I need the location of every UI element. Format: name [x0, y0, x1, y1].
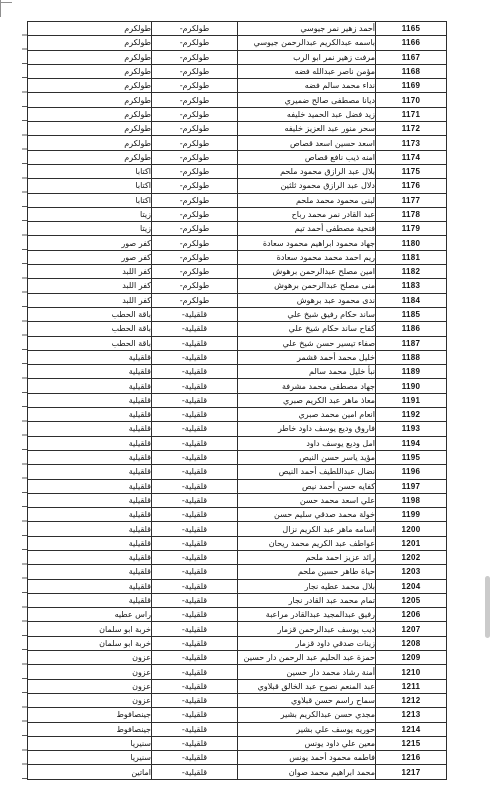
row-number-cell: 1193 — [376, 422, 447, 436]
row-number-cell: 1207 — [376, 622, 447, 636]
person-name-cell: ريم احمد محمد محمود سعادة — [238, 250, 376, 264]
person-name-cell: علي اسعد محمد حسن — [238, 493, 376, 507]
person-name-cell: صفاء تيسير حسن شيخ علي — [238, 336, 376, 350]
row-number-cell: 1169 — [376, 79, 447, 93]
district-cell: قلقيلية- — [152, 307, 238, 321]
table-row: 1169نداء محمد سالم فضهطولكرم-طولكرم — [28, 79, 447, 93]
person-name-cell: زينات صدقي داود قزمار — [238, 636, 376, 650]
district-cell: قلقيلية- — [152, 536, 238, 550]
person-name-cell: مؤمن ناصر عبدالله فضه — [238, 64, 376, 78]
table-row: 1189نبأ خليل محمد سالمقلقيلية-قلقيلية — [28, 365, 447, 379]
person-name-cell: جهاد مصطفى محمد مشرفة — [238, 379, 376, 393]
row-number-cell: 1177 — [376, 193, 447, 207]
locality-cell: قلقيلية — [28, 479, 152, 493]
locality-cell: عزون — [28, 651, 152, 665]
scanned-document-page: 1165أحمد زهير نمر جيوسيطولكرم-طولكرم1166… — [0, 0, 490, 800]
table-row: 1198علي اسعد محمد حسنقلقيلية-قلقيلية — [28, 493, 447, 507]
locality-cell: اكتابا — [28, 164, 152, 178]
locality-cell: قلقيلية — [28, 422, 152, 436]
person-name-cell: اسعد حسين اسعد قصاص — [238, 136, 376, 150]
locality-cell: قلقيلية — [28, 350, 152, 364]
table-row: 1176دلال عبد الرازق محمود ثلثينطولكرم-اك… — [28, 179, 447, 193]
locality-cell: سنيريا — [28, 736, 152, 750]
locality-cell: قلقيلية — [28, 365, 152, 379]
district-cell: قلقيلية- — [152, 651, 238, 665]
beneficiaries-table: 1165أحمد زهير نمر جيوسيطولكرم-طولكرم1166… — [27, 21, 447, 780]
row-number-cell: 1210 — [376, 665, 447, 679]
table-row: 1188خليل محمد أحمد قشمرقلقيلية-قلقيلية — [28, 350, 447, 364]
table-row: 1168مؤمن ناصر عبدالله فضهطولكرم-طولكرم — [28, 64, 447, 78]
locality-cell: عزون — [28, 665, 152, 679]
locality-cell: اكتابا — [28, 193, 152, 207]
person-name-cell: دلال عبد الرازق محمود ثلثين — [238, 179, 376, 193]
locality-cell: اكتابا — [28, 179, 152, 193]
person-name-cell: سماح راسم حسن قبلاوي — [238, 693, 376, 707]
row-number-cell: 1167 — [376, 50, 447, 64]
table-row: 1180جهاد محمود ابراهيم محمود سعادةطولكرم… — [28, 236, 447, 250]
person-name-cell: حمزة عبد الحليم عبد الرحمن دار حسين — [238, 651, 376, 665]
district-cell: طولكرم- — [152, 107, 238, 121]
row-number-cell: 1197 — [376, 479, 447, 493]
row-number-cell: 1195 — [376, 450, 447, 464]
person-name-cell: نداء محمد سالم فضه — [238, 79, 376, 93]
locality-cell: طولكرم — [28, 22, 152, 36]
locality-cell: عزون — [28, 679, 152, 693]
district-cell: قلقيلية- — [152, 722, 238, 736]
person-name-cell: أمنة رشاد محمد دار حسين — [238, 665, 376, 679]
records-table-body: 1165أحمد زهير نمر جيوسيطولكرم-طولكرم1166… — [28, 22, 447, 780]
table-row: 1165أحمد زهير نمر جيوسيطولكرم-طولكرم — [28, 22, 447, 36]
locality-cell: جينصافوط — [28, 722, 152, 736]
row-number-cell: 1205 — [376, 593, 447, 607]
row-number-cell: 1199 — [376, 508, 447, 522]
table-row: 1177لبنى محمود محمد ملحمطولكرم-اكتابا — [28, 193, 447, 207]
person-name-cell: ساند حكام رفيق شيخ علي — [238, 307, 376, 321]
table-row: 1206رفيق عبدالمجيد عبدالقادر مراعبةقلقيل… — [28, 608, 447, 622]
table-row: 1204بلال محمد عطيه نجارقلقيلية-قلقيلية — [28, 579, 447, 593]
person-name-cell: امنه ذيب نافع قصاص — [238, 150, 376, 164]
table-row: 1179فتحية مصطفى أحمد تيمطولكرم-زيتا — [28, 222, 447, 236]
row-number-cell: 1209 — [376, 651, 447, 665]
row-number-cell: 1213 — [376, 708, 447, 722]
locality-cell: عزون — [28, 693, 152, 707]
district-cell: قلقيلية- — [152, 579, 238, 593]
table-row: 1175بلال عبد الرازق محمود ملحمطولكرم-اكت… — [28, 164, 447, 178]
person-name-cell: امل وديع يوسف داود — [238, 436, 376, 450]
page-edge-artifact-horizontal — [0, 2, 12, 3]
locality-cell: طولكرم — [28, 122, 152, 136]
locality-cell: خربة ابو سلمان — [28, 622, 152, 636]
locality-cell: طولكرم — [28, 64, 152, 78]
table-row: 1207ذيب يوسف عبدالرحمن قزمارقلقيلية-خربة… — [28, 622, 447, 636]
locality-cell: طولكرم — [28, 136, 152, 150]
person-name-cell: باسمه عبدالكريم عبدالرحمن جيوسي — [238, 36, 376, 50]
row-number-cell: 1206 — [376, 608, 447, 622]
table-row: 1208زينات صدقي داود قزمارقلقيلية-خربة اب… — [28, 636, 447, 650]
row-number-cell: 1170 — [376, 93, 447, 107]
person-name-cell: مرفت زهير نمر ابو الرب — [238, 50, 376, 64]
person-name-cell: رفيق عبدالمجيد عبدالقادر مراعبة — [238, 608, 376, 622]
row-number-cell: 1175 — [376, 164, 447, 178]
row-number-cell: 1204 — [376, 579, 447, 593]
district-cell: قلقيلية- — [152, 493, 238, 507]
row-number-cell: 1178 — [376, 207, 447, 221]
district-cell: طولكرم- — [152, 22, 238, 36]
row-number-cell: 1192 — [376, 408, 447, 422]
district-cell: قلقيلية- — [152, 593, 238, 607]
row-number-cell: 1186 — [376, 322, 447, 336]
district-cell: طولكرم- — [152, 93, 238, 107]
person-name-cell: كفايه حسن أحمد نيص — [238, 479, 376, 493]
locality-cell: قلقيلية — [28, 508, 152, 522]
person-name-cell: سحر منور عبد العزيز خليفه — [238, 122, 376, 136]
row-number-cell: 1165 — [376, 22, 447, 36]
person-name-cell: فتحية مصطفى أحمد تيم — [238, 222, 376, 236]
row-number-cell: 1176 — [376, 179, 447, 193]
locality-cell: خربة ابو سلمان — [28, 636, 152, 650]
table-row: 1174امنه ذيب نافع قصاصطولكرم-طولكرم — [28, 150, 447, 164]
district-cell: قلقيلية- — [152, 679, 238, 693]
table-row: 1181ريم احمد محمد محمود سعادةطولكرم-كفر … — [28, 250, 447, 264]
district-cell: قلقيلية- — [152, 751, 238, 765]
table-row: 1215معين علي داود يونسقلقيلية-سنيريا — [28, 736, 447, 750]
locality-cell: طولكرم — [28, 36, 152, 50]
district-cell: قلقيلية- — [152, 765, 238, 779]
district-cell: طولكرم- — [152, 150, 238, 164]
district-cell: طولكرم- — [152, 136, 238, 150]
district-cell: طولكرم- — [152, 193, 238, 207]
locality-cell: قلقيلية — [28, 593, 152, 607]
person-name-cell: تمام محمد عبد القادر نجار — [238, 593, 376, 607]
person-name-cell: معين علي داود يونس — [238, 736, 376, 750]
row-number-cell: 1168 — [376, 64, 447, 78]
district-cell: قلقيلية- — [152, 550, 238, 564]
district-cell: قلقيلية- — [152, 408, 238, 422]
row-number-cell: 1214 — [376, 722, 447, 736]
district-cell: قلقيلية- — [152, 336, 238, 350]
table-row: 1211عبد المنعم نصوح عبد الخالق قبلاويقلق… — [28, 679, 447, 693]
district-cell: قلقيلية- — [152, 708, 238, 722]
person-name-cell: امين مصلح عبدالرحمن برهوش — [238, 265, 376, 279]
table-row: 1191معاذ ماهر عبد الكريم صبريقلقيلية-قلق… — [28, 393, 447, 407]
table-row: 1203حياة طاهر حسين ملحمقلقيلية-قلقيلية — [28, 565, 447, 579]
person-name-cell: معاذ ماهر عبد الكريم صبري — [238, 393, 376, 407]
table-row: 1187صفاء تيسير حسن شيخ عليقلقيلية-باقة ا… — [28, 336, 447, 350]
person-name-cell: مؤيد ياسر حسن النيص — [238, 450, 376, 464]
row-number-cell: 1201 — [376, 536, 447, 550]
table-row: 1193فاروق وديع يوسف داود خاطرقلقيلية-قلق… — [28, 422, 447, 436]
district-cell: قلقيلية- — [152, 636, 238, 650]
table-row: 1185ساند حكام رفيق شيخ عليقلقيلية-باقة ا… — [28, 307, 447, 321]
person-name-cell: انعام امين محمد صبري — [238, 408, 376, 422]
row-number-cell: 1166 — [376, 36, 447, 50]
locality-cell: باقة الحطب — [28, 307, 152, 321]
person-name-cell: نضال عبداللطيف أحمد النيص — [238, 465, 376, 479]
person-name-cell: ذيب يوسف عبدالرحمن قزمار — [238, 622, 376, 636]
district-cell: طولكرم- — [152, 207, 238, 221]
locality-cell: قلقيلية — [28, 379, 152, 393]
row-number-cell: 1184 — [376, 293, 447, 307]
table-row: 1184ندى محمود عبد برهوشطولكرم-كفر اللبد — [28, 293, 447, 307]
table-row: 1216فاطمه محمود أحمد يونسقلقيلية-سنيريا — [28, 751, 447, 765]
table-row: 1196نضال عبداللطيف أحمد النيصقلقيلية-قلق… — [28, 465, 447, 479]
locality-cell: طولكرم — [28, 79, 152, 93]
district-cell: طولكرم- — [152, 236, 238, 250]
table-row: 1214حوريه يوسف علي بشيرقلقيلية-جينصافوط — [28, 722, 447, 736]
locality-cell: قلقيلية — [28, 522, 152, 536]
row-number-cell: 1185 — [376, 307, 447, 321]
row-number-cell: 1181 — [376, 250, 447, 264]
row-number-cell: 1212 — [376, 693, 447, 707]
row-number-cell: 1174 — [376, 150, 447, 164]
person-name-cell: أحمد زهير نمر جيوسي — [238, 22, 376, 36]
table-row: 1170ديانا مصطفى صالح ضميريطولكرم-طولكرم — [28, 93, 447, 107]
row-number-cell: 1190 — [376, 379, 447, 393]
locality-cell: كفر اللبد — [28, 293, 152, 307]
locality-cell: قلقيلية — [28, 436, 152, 450]
district-cell: طولكرم- — [152, 164, 238, 178]
person-name-cell: فاطمه محمود أحمد يونس — [238, 751, 376, 765]
table-row: 1167مرفت زهير نمر ابو الربطولكرم-طولكرم — [28, 50, 447, 64]
locality-cell: زيتا — [28, 207, 152, 221]
locality-cell: كفر اللبد — [28, 279, 152, 293]
district-cell: قلقيلية- — [152, 393, 238, 407]
person-name-cell: اسامه ماهر عبد الكريم نزال — [238, 522, 376, 536]
locality-cell: باقة الحطب — [28, 336, 152, 350]
district-cell: طولكرم- — [152, 265, 238, 279]
locality-cell: كفر صور — [28, 250, 152, 264]
district-cell: قلقيلية- — [152, 322, 238, 336]
person-name-cell: حياة طاهر حسين ملحم — [238, 565, 376, 579]
locality-cell: قلقيلية — [28, 579, 152, 593]
row-number-cell: 1189 — [376, 365, 447, 379]
locality-cell: قلقيلية — [28, 408, 152, 422]
locality-cell: قلقيلية — [28, 536, 152, 550]
locality-cell: اماتين — [28, 765, 152, 779]
district-cell: قلقيلية- — [152, 350, 238, 364]
district-cell: قلقيلية- — [152, 479, 238, 493]
locality-cell: راس عطيه — [28, 608, 152, 622]
district-cell: طولكرم- — [152, 36, 238, 50]
row-number-cell: 1198 — [376, 493, 447, 507]
table-row: 1173اسعد حسين اسعد قصاصطولكرم-طولكرم — [28, 136, 447, 150]
district-cell: قلقيلية- — [152, 608, 238, 622]
person-name-cell: رائد عزيز احمد ملحم — [238, 550, 376, 564]
table-row: 1178عبد القادر نمر محمد رباحطولكرم-زيتا — [28, 207, 447, 221]
row-number-cell: 1180 — [376, 236, 447, 250]
person-name-cell: لبنى محمود محمد ملحم — [238, 193, 376, 207]
table-row: 1182امين مصلح عبدالرحمن برهوشطولكرم-كفر … — [28, 265, 447, 279]
scrollbar-thumb[interactable] — [485, 576, 490, 638]
person-name-cell: ديانا مصطفى صالح ضميري — [238, 93, 376, 107]
table-row: 1202رائد عزيز احمد ملحمقلقيلية-قلقيلية — [28, 550, 447, 564]
person-name-cell: حوريه يوسف علي بشير — [238, 722, 376, 736]
district-cell: قلقيلية- — [152, 422, 238, 436]
table-row: 1183منى مصلح عبدالرحمن برهوشطولكرم-كفر ا… — [28, 279, 447, 293]
row-number-cell: 1179 — [376, 222, 447, 236]
locality-cell: كفر اللبد — [28, 265, 152, 279]
district-cell: قلقيلية- — [152, 508, 238, 522]
locality-cell: قلقيلية — [28, 465, 152, 479]
locality-cell: طولكرم — [28, 150, 152, 164]
person-name-cell: عبد القادر نمر محمد رباح — [238, 207, 376, 221]
table-row: 1205تمام محمد عبد القادر نجارقلقيلية-قلق… — [28, 593, 447, 607]
row-number-cell: 1216 — [376, 751, 447, 765]
district-cell: قلقيلية- — [152, 622, 238, 636]
row-number-cell: 1171 — [376, 107, 447, 121]
district-cell: قلقيلية- — [152, 522, 238, 536]
row-number-cell: 1200 — [376, 522, 447, 536]
table-row: 1190جهاد مصطفى محمد مشرفةقلقيلية-قلقيلية — [28, 379, 447, 393]
locality-cell: سنيريا — [28, 751, 152, 765]
district-cell: طولكرم- — [152, 64, 238, 78]
table-row: 1210أمنة رشاد محمد دار حسينقلقيلية-عزون — [28, 665, 447, 679]
district-cell: قلقيلية- — [152, 365, 238, 379]
locality-cell: كفر صور — [28, 236, 152, 250]
row-number-cell: 1188 — [376, 350, 447, 364]
locality-cell: جينصافوط — [28, 708, 152, 722]
row-number-cell: 1194 — [376, 436, 447, 450]
district-cell: طولكرم- — [152, 50, 238, 64]
row-number-cell: 1196 — [376, 465, 447, 479]
district-cell: قلقيلية- — [152, 736, 238, 750]
row-number-cell: 1208 — [376, 636, 447, 650]
person-name-cell: ندى محمود عبد برهوش — [238, 293, 376, 307]
person-name-cell: فاروق وديع يوسف داود خاطر — [238, 422, 376, 436]
district-cell: قلقيلية- — [152, 465, 238, 479]
locality-cell: قلقيلية — [28, 450, 152, 464]
table-row: 1213مجدي حسن عبدالكريم بشيرقلقيلية-جينصا… — [28, 708, 447, 722]
table-row: 1192انعام امين محمد صبريقلقيلية-قلقيلية — [28, 408, 447, 422]
district-cell: طولكرم- — [152, 250, 238, 264]
locality-cell: قلقيلية — [28, 565, 152, 579]
table-row: 1186كفاح ساند حكام شيخ عليقلقيلية-باقة ا… — [28, 322, 447, 336]
district-cell: قلقيلية- — [152, 665, 238, 679]
row-number-cell: 1203 — [376, 565, 447, 579]
table-row: 1194امل وديع يوسف داودقلقيلية-قلقيلية — [28, 436, 447, 450]
person-name-cell: جهاد محمود ابراهيم محمود سعادة — [238, 236, 376, 250]
district-cell: قلقيلية- — [152, 450, 238, 464]
district-cell: طولكرم- — [152, 179, 238, 193]
locality-cell: طولكرم — [28, 50, 152, 64]
person-name-cell: نبأ خليل محمد سالم — [238, 365, 376, 379]
person-name-cell: كفاح ساند حكام شيخ علي — [238, 322, 376, 336]
person-name-cell: مجدي حسن عبدالكريم بشير — [238, 708, 376, 722]
table-row: 1212سماح راسم حسن قبلاويقلقيلية-عزون — [28, 693, 447, 707]
district-cell: قلقيلية- — [152, 565, 238, 579]
row-number-cell: 1172 — [376, 122, 447, 136]
person-name-cell: زيد فضل عبد الحميد خليفه — [238, 107, 376, 121]
locality-cell: طولكرم — [28, 93, 152, 107]
row-number-cell: 1182 — [376, 265, 447, 279]
district-cell: قلقيلية- — [152, 693, 238, 707]
person-name-cell: محمد ابراهيم محمد صوان — [238, 765, 376, 779]
district-cell: طولكرم- — [152, 122, 238, 136]
table-row: 1201عواطف عبد الكريم محمد ريحانقلقيلية-ق… — [28, 536, 447, 550]
table-row: 1209حمزة عبد الحليم عبد الرحمن دار حسينق… — [28, 651, 447, 665]
row-number-cell: 1173 — [376, 136, 447, 150]
person-name-cell: بلال محمد عطيه نجار — [238, 579, 376, 593]
table-row: 1199خولة محمد صدقي سليم حسنقلقيلية-قلقيل… — [28, 508, 447, 522]
row-number-cell: 1183 — [376, 279, 447, 293]
person-name-cell: عواطف عبد الكريم محمد ريحان — [238, 536, 376, 550]
locality-cell: طولكرم — [28, 107, 152, 121]
district-cell: طولكرم- — [152, 222, 238, 236]
person-name-cell: عبد المنعم نصوح عبد الخالق قبلاوي — [238, 679, 376, 693]
table-row: 1172سحر منور عبد العزيز خليفهطولكرم-طولك… — [28, 122, 447, 136]
table-row: 1217محمد ابراهيم محمد صوانقلقيلية-اماتين — [28, 765, 447, 779]
person-name-cell: بلال عبد الرازق محمود ملحم — [238, 164, 376, 178]
locality-cell: قلقيلية — [28, 393, 152, 407]
locality-cell: زيتا — [28, 222, 152, 236]
district-cell: قلقيلية- — [152, 379, 238, 393]
table-row: 1195مؤيد ياسر حسن النيصقلقيلية-قلقيلية — [28, 450, 447, 464]
locality-cell: قلقيلية — [28, 493, 152, 507]
person-name-cell: منى مصلح عبدالرحمن برهوش — [238, 279, 376, 293]
row-number-cell: 1211 — [376, 679, 447, 693]
table-row: 1166باسمه عبدالكريم عبدالرحمن جيوسيطولكر… — [28, 36, 447, 50]
locality-cell: قلقيلية — [28, 550, 152, 564]
person-name-cell: خولة محمد صدقي سليم حسن — [238, 508, 376, 522]
row-number-cell: 1187 — [376, 336, 447, 350]
table-row: 1171زيد فضل عبد الحميد خليفهطولكرم-طولكر… — [28, 107, 447, 121]
district-cell: قلقيلية- — [152, 436, 238, 450]
locality-cell: باقة الحطب — [28, 322, 152, 336]
district-cell: طولكرم- — [152, 79, 238, 93]
row-number-cell: 1191 — [376, 393, 447, 407]
table-row: 1200اسامه ماهر عبد الكريم نزالقلقيلية-قل… — [28, 522, 447, 536]
table-row: 1197كفايه حسن أحمد نيصقلقيلية-قلقيلية — [28, 479, 447, 493]
district-cell: طولكرم- — [152, 279, 238, 293]
district-cell: طولكرم- — [152, 293, 238, 307]
row-number-cell: 1215 — [376, 736, 447, 750]
row-number-cell: 1202 — [376, 550, 447, 564]
person-name-cell: خليل محمد أحمد قشمر — [238, 350, 376, 364]
row-number-cell: 1217 — [376, 765, 447, 779]
